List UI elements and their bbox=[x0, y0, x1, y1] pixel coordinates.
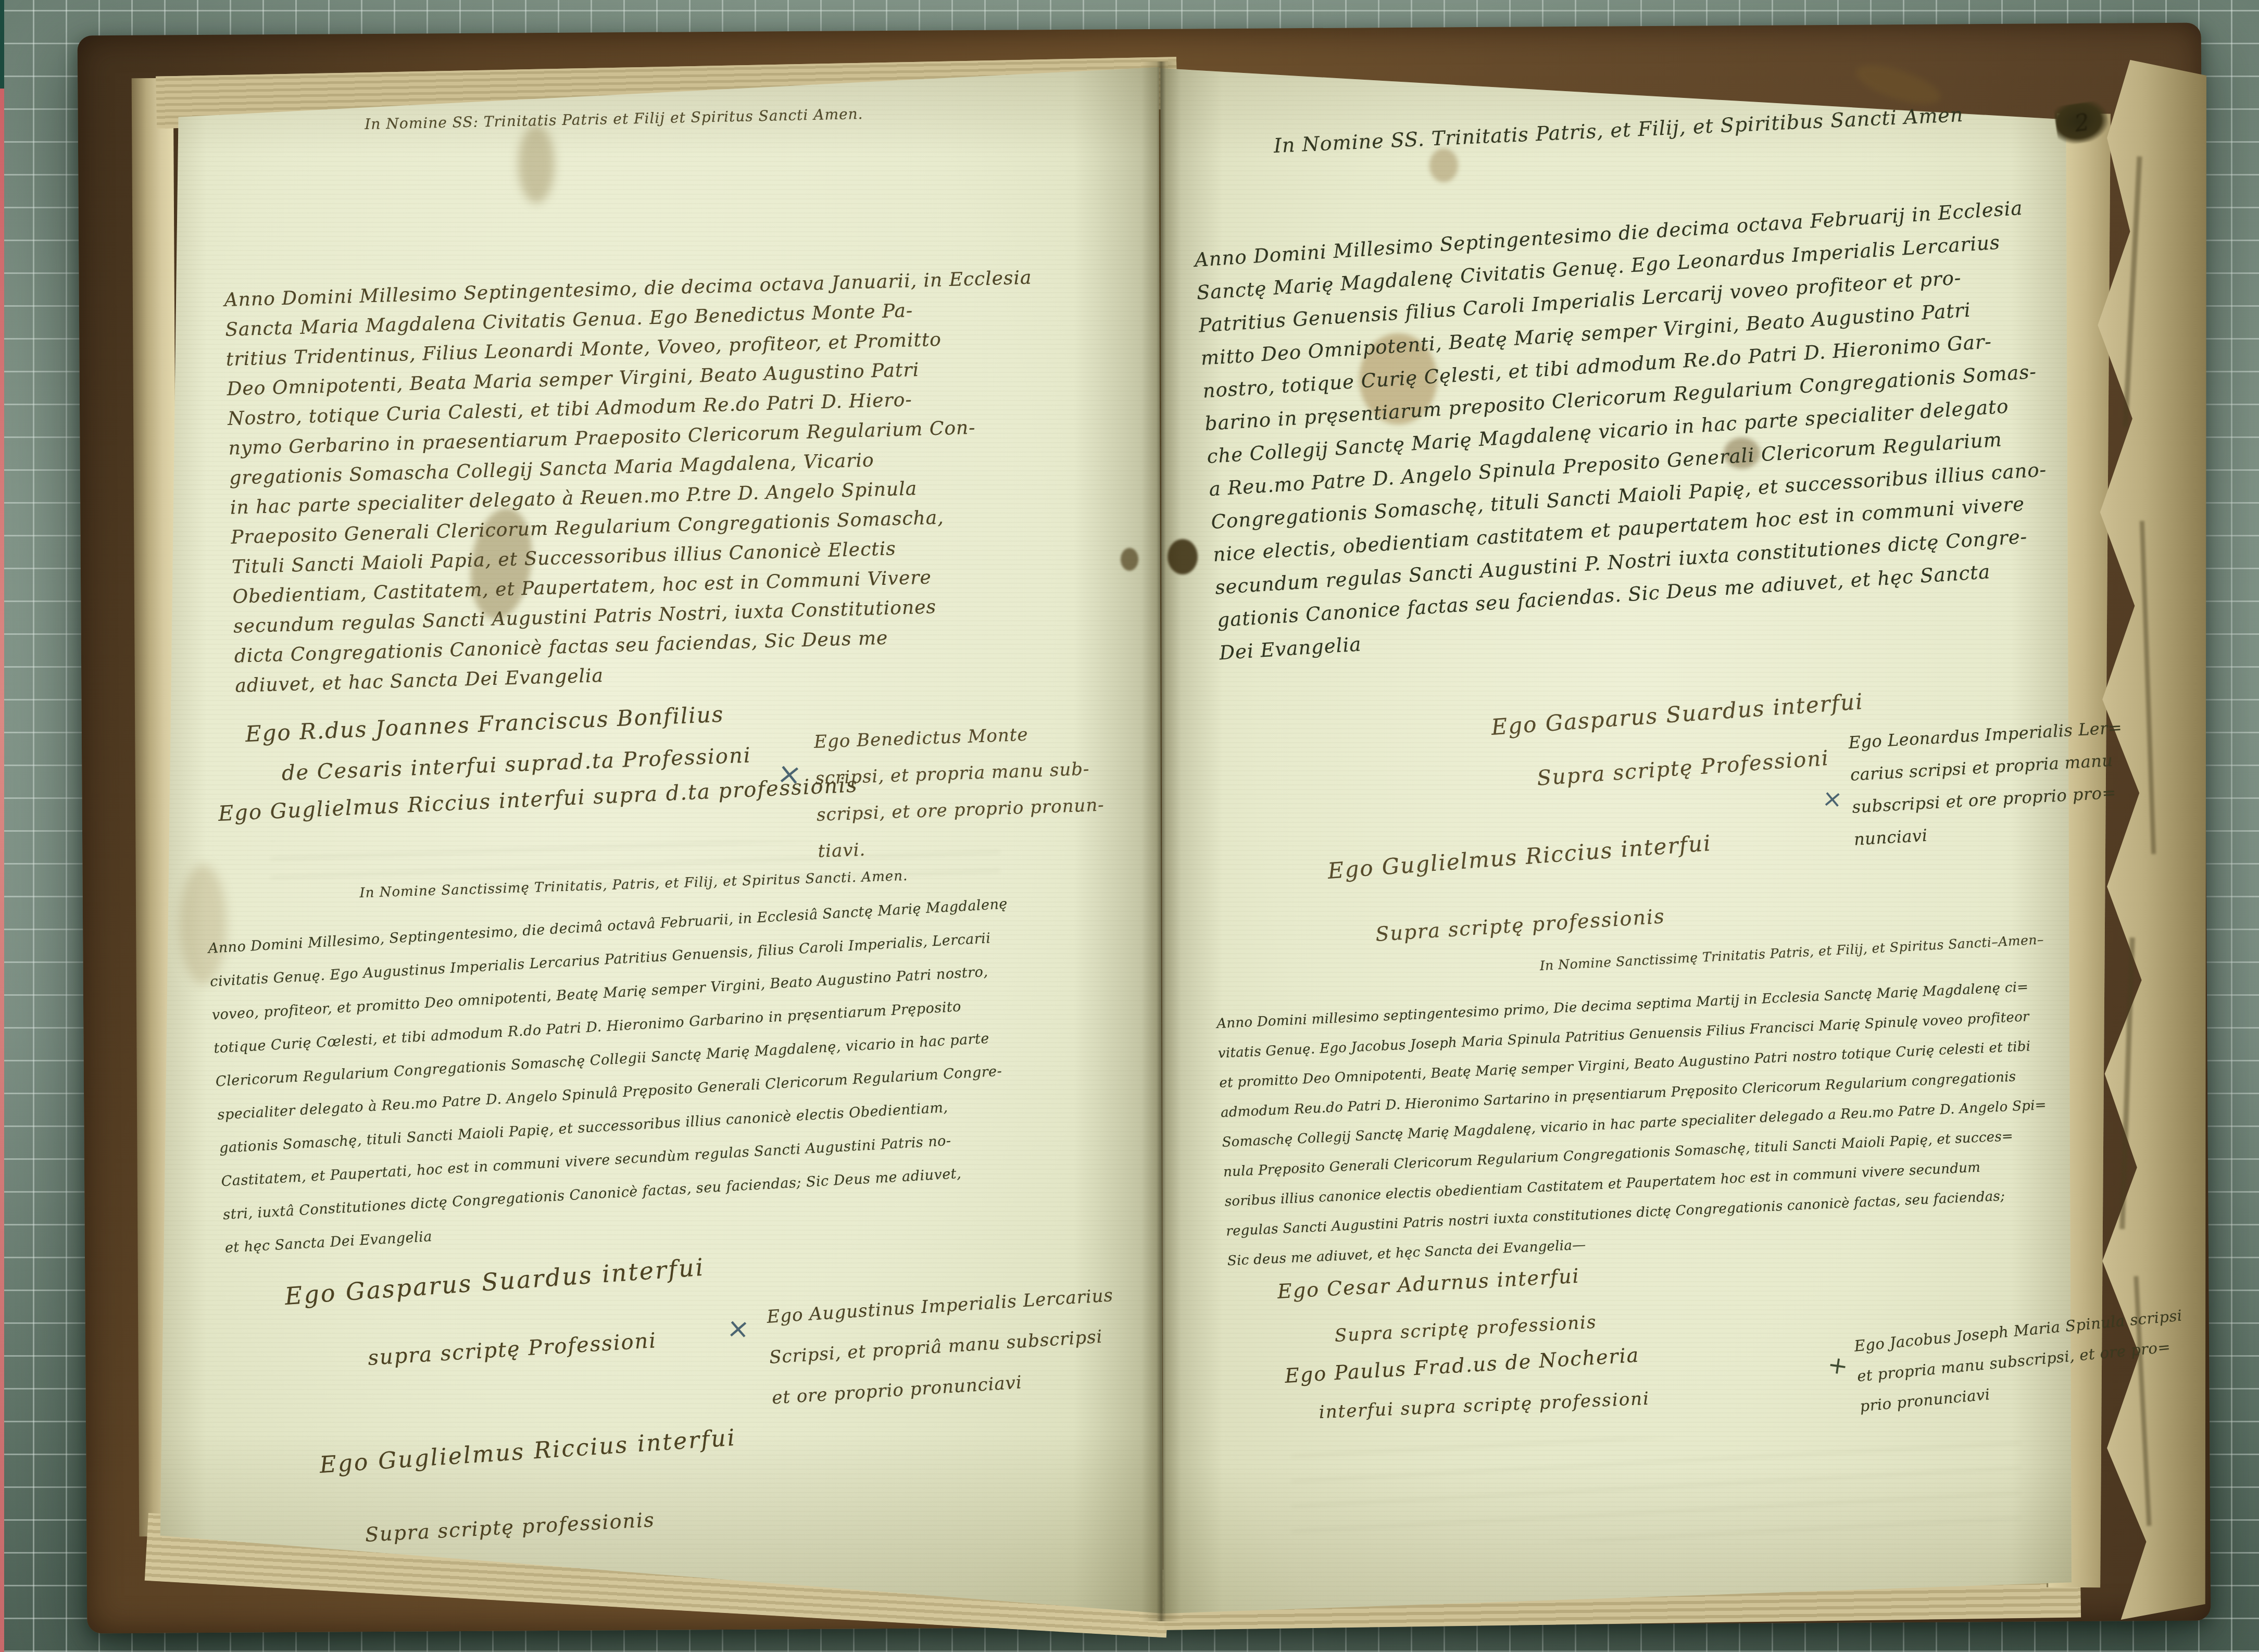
right-professed-signature-1: Ego Leonardus Imperialis Ler=carius scri… bbox=[1848, 711, 2128, 856]
cross-mark: × bbox=[1821, 784, 1843, 814]
mat-edge-green-stripe bbox=[0, 0, 4, 89]
show-through-text bbox=[1291, 1437, 2020, 1542]
ink-blot bbox=[1168, 539, 1198, 574]
mat-edge-pink-stripe bbox=[0, 89, 4, 1652]
left-professed-signature-2: Ego Augustinus Imperialis LercariusScrip… bbox=[765, 1275, 1120, 1418]
folio-ink-mark: 2 bbox=[2053, 99, 2111, 146]
right-profession-entry-1: Anno Domini Millesimo Septingentesimo di… bbox=[1194, 191, 2056, 669]
right-profession-entry-2: Anno Domini millesimo septingentesimo pr… bbox=[1216, 972, 2052, 1276]
ink-stain bbox=[1429, 148, 1458, 182]
cross-mark: × bbox=[726, 1312, 751, 1345]
cross-mark: + bbox=[1826, 1350, 1850, 1381]
left-profession-entry-2: Anno Domini Millesimo, Septingentesimo, … bbox=[207, 887, 1025, 1265]
left-profession-entry-1: Anno Domini Millesimo Septingentesimo, d… bbox=[224, 263, 1043, 701]
book-gutter bbox=[1141, 61, 1181, 1621]
ink-stain bbox=[518, 125, 555, 203]
ink-blot bbox=[1121, 548, 1138, 571]
manuscript-photo: In Nomine SS: Trinitatis Patris et Filij… bbox=[0, 0, 2259, 1652]
